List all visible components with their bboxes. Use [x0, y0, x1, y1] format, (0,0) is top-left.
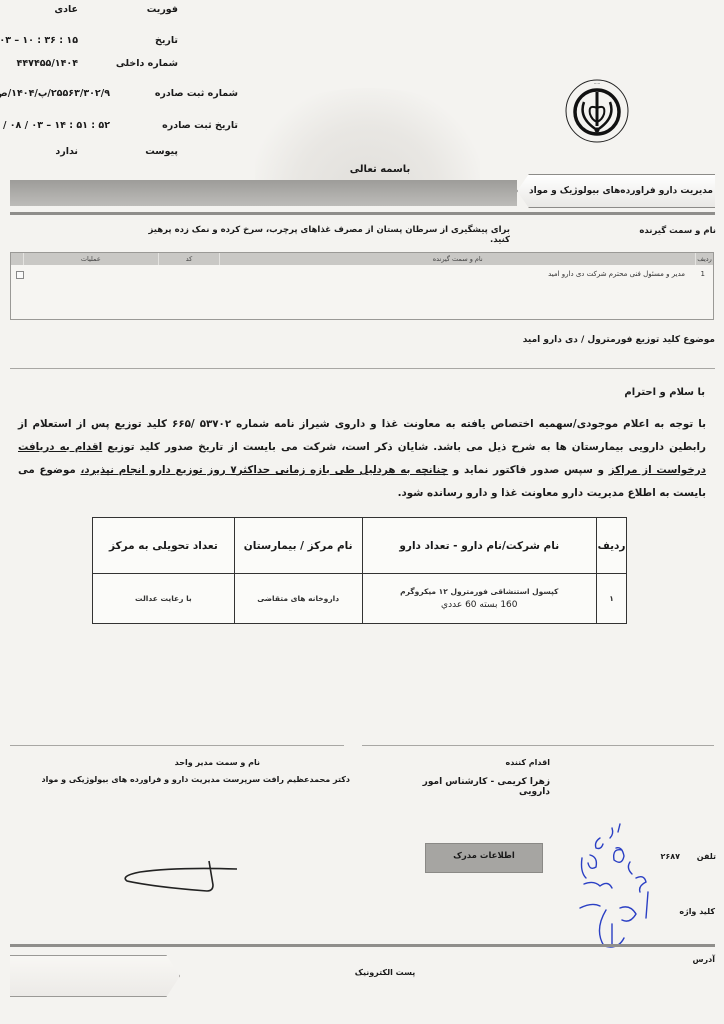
subject-line: موضوع کلید توزیع فورمترول / دی دارو امید	[300, 335, 715, 345]
meta-label: تاریخ	[86, 35, 178, 46]
table-row: 1 مدیر و مسئول فنی محترم شرکت دی دارو ام…	[11, 267, 713, 281]
col-index: ردیف	[695, 253, 713, 265]
meta-value: عادی	[18, 4, 78, 15]
manager-label: نام و سمت مدیر واحد	[140, 758, 260, 767]
meta-label: شماره ثبت صادره	[118, 88, 238, 99]
divider	[10, 944, 715, 947]
phone-label: تلفن	[680, 852, 716, 861]
recipients-grid: ردیف نام و سمت گیرنده کد عملیات 1 مدیر و…	[10, 252, 714, 320]
cell-index: ۱	[597, 574, 627, 624]
actor-name: زهرا کریمی - کارشناس امور دارویی	[400, 777, 550, 797]
meta-label: پیوست	[86, 146, 178, 157]
cell-delivery: با رعایت عدالت	[93, 574, 235, 624]
col-recipient: نام و سمت گیرنده	[219, 253, 695, 265]
department-title: مدیریت دارو فراورده‌های بیولوژیک و مواد	[527, 186, 713, 196]
meta-priority: فوریت عادی	[18, 4, 178, 15]
header-index: ردیف	[597, 518, 627, 574]
header-delivery: تعداد تحویلی به مرکز	[93, 518, 235, 574]
banner-bar	[10, 180, 517, 206]
email-label: پست الکترونیک	[340, 968, 430, 977]
meta-value: ۲۵۵۶۳/۳۰۲/۹/پ/۱۴۰۴/ص	[0, 88, 110, 99]
body-text: و سپس صدور فاکتور نماید و	[448, 464, 609, 476]
divider	[10, 212, 715, 215]
cell-drug: کپسول استنشاقی فورمترول ۱۲ میکروگرم 160 …	[362, 574, 596, 624]
meta-value: ۱۴۰۴ / ۰۸ / ۰۳ – ۱۰ : ۳۶ : ۱۵	[0, 35, 78, 46]
meta-label: تاریخ ثبت صادره	[118, 120, 238, 131]
drug-quantity: 160 بسته 60 عددي	[363, 600, 596, 610]
health-tip: برای پیشگیری از سرطان پستان از مصرف غذاه…	[140, 225, 510, 245]
watermark-ornament	[255, 88, 480, 193]
email-tab	[10, 955, 180, 997]
row-index: 1	[701, 270, 705, 278]
cell-center: داروخانه های متقاضی	[234, 574, 362, 624]
meta-value: ندارد	[18, 146, 78, 157]
meta-value: ۴۴۷۴۵۵/۱۴۰۴	[17, 58, 78, 69]
row-recipient: مدیر و مسئول فنی محترم شرکت دی دارو امید	[548, 270, 685, 278]
header-drug: نام شرکت/نام دارو - تعداد دارو	[362, 518, 596, 574]
meta-outgoing-number: شماره ثبت صادره ۲۵۵۶۳/۳۰۲/۹/پ/۱۴۰۴/ص	[0, 88, 238, 99]
body-underlined: چنانچه به هردلیل طی بازه زمانی حداکثر۷ ر…	[81, 464, 449, 476]
table-header-row: ردیف نام شرکت/نام دارو - تعداد دارو نام …	[93, 518, 627, 574]
table-row: ۱ کپسول استنشاقی فورمترول ۱۲ میکروگرم 16…	[93, 574, 627, 624]
handwritten-note-icon	[560, 820, 660, 950]
col-operations: عملیات	[23, 253, 158, 265]
divider	[362, 745, 714, 746]
keyword-label: کلید واژه	[665, 907, 715, 916]
bismillah-heading: باسمه تعالی	[330, 164, 430, 175]
meta-label: فوریت	[86, 4, 178, 15]
expand-icon[interactable]	[16, 271, 24, 279]
recipients-grid-header: ردیف نام و سمت گیرنده کد عملیات	[11, 253, 713, 265]
actor-label: اقدام کننده	[460, 758, 550, 767]
meta-value: ۱۴۰۴ / ۰۸ / ۰۳ – ۱۴ : ۵۱ : ۵۲	[0, 120, 110, 131]
meta-attachment: پیوست ندارد	[18, 146, 178, 157]
col-code: کد	[158, 253, 220, 265]
distribution-table: ردیف نام شرکت/نام دارو - تعداد دارو نام …	[92, 517, 627, 624]
svg-text:·····: ·····	[594, 81, 600, 86]
manager-signature-icon	[105, 855, 255, 895]
drug-name: کپسول استنشاقی فورمترول ۱۲ میکروگرم	[400, 587, 558, 596]
meta-label: شماره داخلی	[86, 58, 178, 69]
divider	[10, 368, 715, 369]
manager-name: دکتر محمدعظیم رافت سرپرست مدیریت دارو و …	[20, 775, 350, 784]
meta-outgoing-date: تاریخ ثبت صادره ۱۴۰۴ / ۰۸ / ۰۳ – ۱۴ : ۵۱…	[0, 120, 238, 131]
divider	[10, 745, 344, 746]
header-center: نام مرکز / بیمارستان	[234, 518, 362, 574]
address-label: آدرس	[660, 955, 715, 964]
recipient-label: نام و سمت گیرنده	[628, 226, 716, 236]
col-spacer	[11, 253, 23, 265]
body-text: با توجه به اعلام موجودی/سهمیه اختصاص یاف…	[18, 418, 706, 453]
document-info-button[interactable]: اطلاعات مدرک	[425, 843, 543, 873]
university-logo-icon: ·····	[564, 78, 630, 144]
letter-body: با توجه به اعلام موجودی/سهمیه اختصاص یاف…	[18, 413, 706, 505]
meta-internal-number: شماره داخلی ۴۴۷۴۵۵/۱۴۰۴	[17, 58, 178, 69]
meta-date: تاریخ ۱۴۰۴ / ۰۸ / ۰۳ – ۱۰ : ۳۶ : ۱۵	[0, 35, 178, 46]
greeting: با سلام و احترام	[460, 387, 705, 398]
